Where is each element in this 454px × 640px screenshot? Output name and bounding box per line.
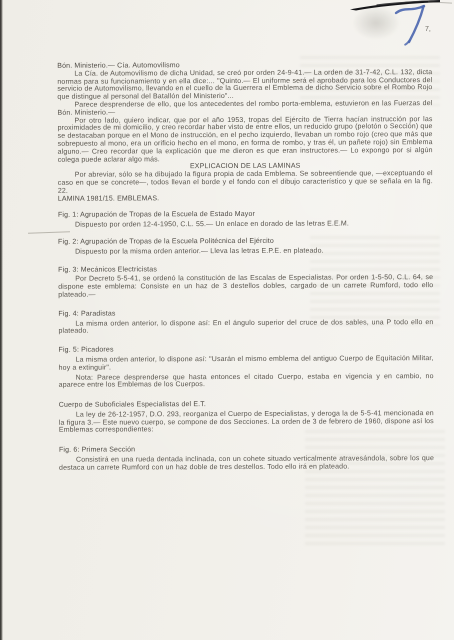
intro-paragraph-1: La Cía. de Automovilismo de dicha Unidad… [57, 69, 432, 102]
figure-entry-4: Fig. 4: Paradistas La misma orden anteri… [58, 309, 433, 336]
intro-paragraph-2: Parece desprenderse de ello, que los ant… [57, 100, 432, 117]
cuerpo-suboficiales-paragraph: La ley de 26-12-1957, D.O. 293, reorgani… [59, 410, 434, 435]
laminas-intro-paragraph: Por abreviar, sólo se ha dibujado la fig… [58, 170, 433, 195]
figure-2-heading: Fig. 2: Agrupación de Tropas de la Escue… [58, 237, 433, 246]
figure-6-heading: Fig. 6: Primera Sección [59, 445, 434, 454]
figure-5-heading: Fig. 5: Picadores [59, 345, 434, 354]
figure-1-paragraph: Dispuesto por orden 12-4-1950, C.L. 55.—… [58, 220, 433, 229]
figure-entry-5: Fig. 5: Picadores La misma orden anterio… [59, 345, 434, 390]
figure-2-paragraph: Dispuesto por la misma orden anterior.— … [58, 247, 433, 256]
document-content: Bón. Ministerio.— Cía. Automovilismo La … [0, 0, 454, 473]
figure-entry-2: Fig. 2: Agrupación de Tropas de la Escue… [58, 237, 433, 256]
intro-paragraph-3: Por otro lado, quiero indicar, que por e… [58, 116, 433, 164]
figure-6-paragraph: Consistirá en una rueda dentada inclinad… [59, 455, 434, 472]
figure-1-heading: Fig. 1: Agrupación de Tropas de la Escue… [58, 210, 433, 219]
figure-3-heading: Fig. 3: Mecánicos Electricistas [58, 265, 433, 274]
figure-5-paragraph: La misma orden anterior, lo dispone así:… [59, 355, 434, 372]
figure-entry-1: Fig. 1: Agrupación de Tropas de la Escue… [58, 210, 433, 229]
figure-entry-6: Fig. 6: Primera Sección Consistirá en un… [59, 445, 434, 472]
scanned-document-page: 7 7, Bón. Ministerio.— Cía. Automovilism… [0, 0, 454, 640]
figure-4-paragraph: La misma orden anterior, lo dispone así:… [58, 319, 433, 336]
figure-4-heading: Fig. 4: Paradistas [58, 309, 433, 318]
section-cuerpo-suboficiales: Cuerpo de Suboficiales Especialistas del… [59, 400, 434, 435]
figure-entry-3: Fig. 3: Mecánicos Electricistas Por Decr… [58, 265, 433, 300]
figure-3-paragraph: Por Decreto 5-5-41, se ordenó la constit… [58, 274, 433, 299]
figure-5-nota: Nota: Parece desprenderse que hasta ento… [59, 373, 434, 390]
cuerpo-suboficiales-heading: Cuerpo de Suboficiales Especialistas del… [59, 400, 434, 409]
lamina-heading: LAMINA 1981/15. EMBLEMAS. [58, 194, 433, 203]
